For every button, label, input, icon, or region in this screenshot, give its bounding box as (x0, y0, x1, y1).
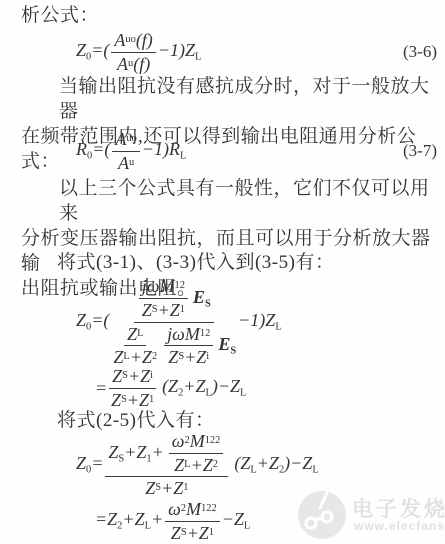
eqA-top-frac-den: ZS+Z1 (142, 299, 185, 321)
eqA2-denominator: ZS+Z1 (111, 389, 154, 411)
eqB-inner-fraction: ω2M122 ZL+Z2 (169, 431, 224, 475)
watermark-url: www.elecfans.com (354, 519, 445, 533)
elecfans-logo-icon (296, 489, 348, 541)
eq37-lhs: R0=( (76, 139, 110, 162)
eqA-bottom-fraction-1: ZL ZL+Z2 (113, 324, 157, 368)
equation-B: Z0= ZS+Z1+ ω2M122 ZL+Z2 ZS+Z1 (ZL+Z2)−ZL (76, 431, 319, 499)
eqA-big-fraction: jωM12 ZS+Z1 ES ZL ZL+Z2 jωM12 (111, 276, 236, 368)
intro-line: 析公式： (21, 3, 99, 28)
eqA-bot-frac2-num: jωM12 (164, 324, 213, 347)
eq37-rhs: −1)RL (142, 139, 187, 162)
eq37-denominator: Au (118, 152, 134, 174)
eqB-num-prefix: ZS+Z1+ (108, 442, 163, 465)
eqA-lhs: Z0=( (76, 310, 109, 333)
eqA-bot-es: ES (218, 334, 236, 357)
eq37-numerator: Auo (112, 129, 139, 152)
eqB-inner-den: ZL+Z2 (174, 454, 218, 476)
eqB-big-denominator: ZS+Z1 (145, 477, 188, 499)
eqB2-fraction: ω2M122 ZS+Z1 (165, 499, 220, 543)
equation-B-row: Z0= ZS+Z1+ ω2M122 ZL+Z2 ZS+Z1 (ZL+Z2)−ZL (0, 430, 445, 500)
eqB-inner-num: ω2M122 (169, 431, 224, 454)
eqA-bottom-fraction-2: jωM12 ZS+Zi (164, 324, 213, 368)
eqA2-numerator: ZS+Zi (109, 366, 156, 389)
equation-A-row: Z0=( jωM12 ZS+Z1 ES ZL ZL+ (0, 276, 445, 368)
eqA-big-numerator: jωM12 ZS+Z1 ES (134, 276, 214, 322)
equation-3-6-row: Z0=( Auo(f) Au(f) −1)ZL (3-6) (0, 28, 445, 76)
eqB-big-numerator: ZS+Z1+ ω2M122 ZL+Z2 (105, 431, 228, 477)
eqB-rhs: (ZL+Z2)−ZL (234, 453, 318, 476)
eq36-denominator: Au(f) (117, 53, 150, 75)
eqB-lhs: Z0= (76, 453, 103, 476)
eqA-top-row: jωM12 ZS+Z1 ES (137, 276, 211, 320)
eq37-number: (3-7) (403, 141, 437, 161)
equation-B2: =Z2+ZL+ ω2M122 ZS+Z1 −ZL (95, 499, 250, 543)
eqA-rhs: −1)ZL (238, 310, 282, 333)
document-page: 析公式： Z0=( Auo(f) Au(f) −1)ZL (3-6) 当输出阻抗… (0, 0, 445, 544)
eqB2-lhs: =Z2+ZL+ (95, 509, 163, 532)
eqA-top-fraction: jωM12 ZS+Z1 (139, 276, 188, 320)
eqA2-rhs: (Z2+ZL)−ZL (162, 376, 246, 399)
eqB2-rhs: −ZL (222, 509, 251, 532)
equation-3-7: R0=( Auo Au −1)RL (76, 129, 186, 173)
eqA-bot-frac1-num: ZL (124, 324, 146, 347)
eqA-bottom-row: ZL ZL+Z2 jωM12 ZS+Zi ES (111, 324, 236, 368)
equation-A: Z0=( jωM12 ZS+Z1 ES ZL ZL+ (76, 276, 282, 368)
eqB-num-row: ZS+Z1+ ω2M122 ZL+Z2 (108, 431, 225, 475)
eq36-numerator: Auo(f) (111, 30, 155, 53)
eqA2-lhs: = (95, 378, 107, 399)
eqA2-fraction: ZS+Zi ZS+Z1 (109, 366, 156, 410)
eqA-top-es: ES (193, 287, 211, 310)
eq36-lhs: Z0=( (76, 40, 109, 63)
paragraph-1-line-1: 当输出阻抗没有感抗成分时，对于一般放大器 (21, 74, 435, 124)
eqB2-denominator: ZS+Z1 (171, 522, 214, 544)
equation-3-6: Z0=( Auo(f) Au(f) −1)ZL (76, 30, 201, 74)
eq36-rhs: −1)ZL (158, 40, 202, 63)
eqB-big-fraction: ZS+Z1+ ω2M122 ZL+Z2 ZS+Z1 (105, 431, 228, 499)
eqA-top-frac-num: jωM12 (139, 276, 188, 299)
substitution-line-1: 将式(3-1)、(3-3)代入到(3-5)有： (57, 250, 334, 275)
paragraph-2-line-1: 以上三个公式具有一般性，它们不仅可以用来 (21, 176, 435, 226)
eqA-bot-frac2-den: ZS+Zi (168, 346, 209, 368)
eq36-number: (3-6) (403, 42, 437, 62)
eqA-big-denominator: ZL ZL+Z2 jωM12 ZS+Zi ES (111, 323, 236, 368)
eqB2-numerator: ω2M122 (165, 499, 220, 522)
eq37-fraction: Auo Au (112, 129, 139, 173)
equation-A2: = ZS+Zi ZS+Z1 (Z2+ZL)−ZL (95, 366, 246, 410)
eq36-fraction: Auo(f) Au(f) (111, 30, 155, 74)
equation-A2-row: = ZS+Zi ZS+Z1 (Z2+ZL)−ZL (0, 366, 445, 410)
equation-3-7-row: R0=( Auo Au −1)RL (3-7) (0, 126, 445, 176)
eqA-bot-frac1-den: ZL+Z2 (113, 346, 157, 368)
